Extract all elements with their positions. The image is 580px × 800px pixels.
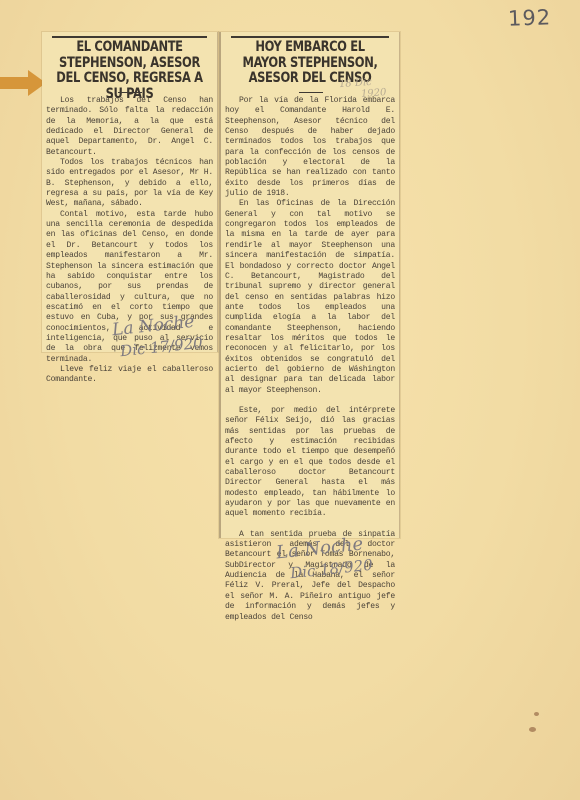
paragraph: En las Oficinas de la Dirección General … bbox=[225, 199, 395, 396]
paragraph: Lleve feliz viaje el caballeroso Comanda… bbox=[46, 365, 213, 386]
page-number: 192 bbox=[508, 5, 552, 30]
clipping-left: EL COMANDANTE STEPHENSON, ASESOR DEL CEN… bbox=[42, 32, 218, 352]
rule bbox=[52, 36, 207, 38]
arrow-right-icon bbox=[0, 70, 46, 96]
paragraph: Por la vía de la Florida embarca hoy el … bbox=[225, 96, 395, 199]
paragraph: Los trabajos del Censo han terminado. Só… bbox=[46, 96, 213, 158]
paragraph: Este, por medio del intérprete señor Fél… bbox=[225, 406, 395, 520]
divider bbox=[118, 92, 142, 93]
paragraph: Todos los trabajos técnicos han sido ent… bbox=[46, 158, 213, 210]
stain bbox=[534, 712, 539, 716]
divider bbox=[299, 92, 323, 93]
rule bbox=[231, 36, 389, 38]
stain bbox=[529, 727, 536, 732]
clipping-right: HOY EMBARCO EL MAYOR STEPHENSON, ASESOR … bbox=[219, 32, 400, 538]
